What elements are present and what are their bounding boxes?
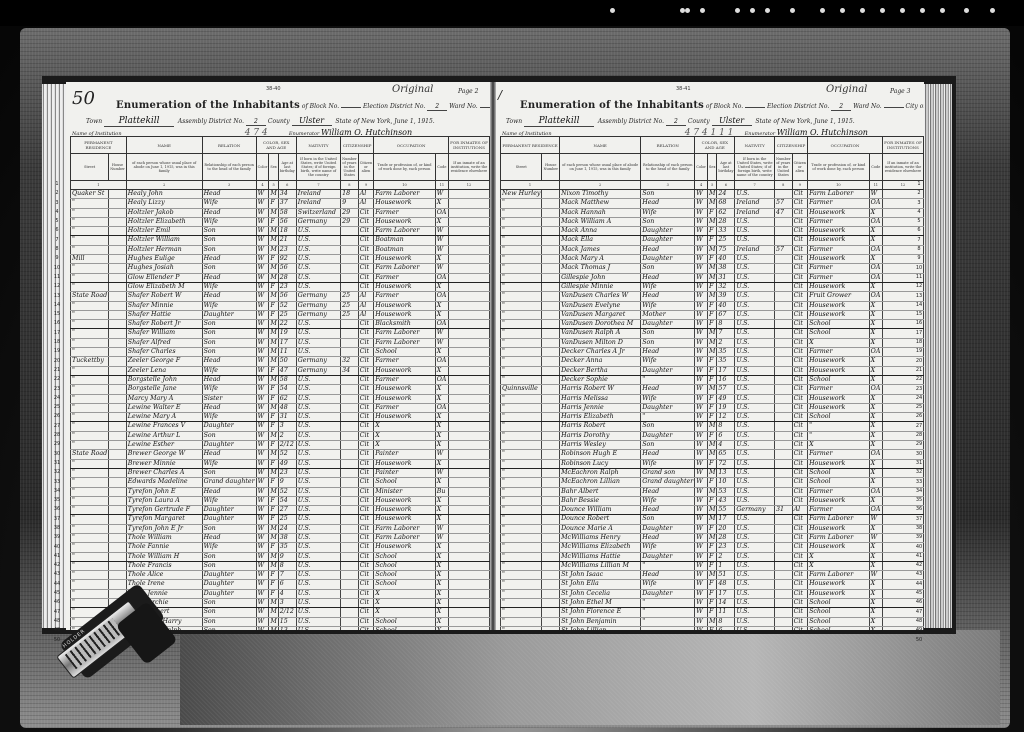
cell-code: X [869, 255, 882, 264]
cell-occupation: Farm Laborer [374, 524, 435, 533]
cell-blank [449, 413, 490, 422]
census-row: "St John Ethel M"WF14U.S.CitSchoolX [501, 599, 924, 608]
cell-occupation: " [808, 422, 870, 431]
census-row: "Lewine Frances VDaughterWF3U.S.CitXX [71, 422, 490, 431]
cell-occupation: Housework [808, 236, 870, 245]
cell-age: 22 [278, 320, 296, 329]
cell-blank [109, 255, 127, 264]
cell-cit: Al [358, 301, 374, 310]
cell-age: 4 [717, 441, 735, 450]
cell-blank [542, 217, 560, 226]
census-row: "VanDusen Dorothea MDaughterWF8U.S.CitSc… [501, 320, 924, 329]
cell-street: " [501, 199, 542, 208]
cell-cit: Cit [792, 394, 808, 403]
census-row: "Lewine Arthur LSonWM2U.S.CitXX [71, 431, 490, 440]
cell-name: VanDusen Dorothea M [560, 320, 641, 329]
census-row: "Tyrefon John E JrSonWM24U.S.CitFarm Lab… [71, 524, 490, 533]
cell-code: X [869, 301, 882, 310]
cell-age: 56 [278, 217, 296, 226]
cell-color: W [695, 273, 708, 282]
line-number: 48 [50, 617, 64, 626]
cell-blank [449, 468, 490, 477]
cell-color: W [695, 375, 708, 384]
cell-street: State Road [71, 292, 109, 301]
line-number: 28 [912, 431, 926, 440]
cell-blank [109, 450, 127, 459]
cell-sex: F [269, 506, 278, 515]
film-sprocket-strip [0, 0, 1024, 26]
cell-sex: F [707, 282, 716, 291]
cell-street: " [71, 459, 109, 468]
census-row: Quaker StHealy JohnHeadWM34Ireland18AlFa… [71, 190, 490, 199]
cell-color: W [256, 487, 269, 496]
line-number: 4 [50, 208, 64, 217]
cell-occupation: X [808, 338, 870, 347]
sheet-number: 50 [72, 88, 95, 109]
cell-color: W [695, 366, 708, 375]
cell-occupation: Farmer [374, 357, 435, 366]
cell-code: X [869, 338, 882, 347]
cell-name: Lewine Esther [126, 441, 202, 450]
cell-blank [449, 561, 490, 570]
cell-years [774, 431, 792, 440]
cell-sex: F [707, 375, 716, 384]
cell-street: New Hurley [501, 190, 542, 199]
cell-age: 58 [278, 375, 296, 384]
cell-cit: Cit [358, 208, 374, 217]
cell-blank [542, 459, 560, 468]
cell-age: 56 [278, 264, 296, 273]
census-row: "St John Benjamin"WM8U.S.CitSchoolX [501, 617, 924, 626]
cell-code: OA [869, 273, 882, 282]
cell-code: X [869, 617, 882, 626]
cell-sex: F [269, 366, 278, 375]
cell-years [774, 190, 792, 199]
cell-name: Shafer Alfred [126, 338, 202, 347]
cell-relation: Head [641, 199, 695, 208]
cell-color: W [256, 301, 269, 310]
cell-color: W [256, 533, 269, 542]
cell-name: Edwards Madeline [126, 478, 202, 487]
line-number: 1 [50, 180, 64, 189]
cell-name: Thole William [126, 533, 202, 542]
column-sub-header: Street [71, 154, 109, 181]
cell-cit: Cit [358, 561, 374, 570]
line-number: 16 [912, 319, 926, 328]
cell-name: St John Florence E [560, 608, 641, 617]
cell-nativity: U.S. [296, 450, 340, 459]
line-number: 38 [50, 524, 64, 533]
cell-years [341, 478, 359, 487]
cell-age: 19 [717, 403, 735, 412]
cell-relation: Grand son [641, 468, 695, 477]
column-sub-header: Sex [269, 154, 278, 181]
cell-age: 49 [278, 459, 296, 468]
cell-code: X [869, 580, 882, 589]
cell-nativity: U.S. [296, 431, 340, 440]
cell-occupation: Farm Laborer [374, 264, 435, 273]
cell-street: " [501, 338, 542, 347]
cell-code: X [869, 599, 882, 608]
cell-blank [109, 190, 127, 199]
cell-cit: Cit [358, 580, 374, 589]
cell-years [774, 301, 792, 310]
cell-code: X [435, 282, 448, 291]
cell-sex: M [707, 217, 716, 226]
cell-name: Hughes Eulige [126, 255, 202, 264]
cell-occupation: Housework [374, 255, 435, 264]
cell-age: 12 [717, 413, 735, 422]
cell-street: " [71, 533, 109, 542]
cell-cit: Cit [792, 217, 808, 226]
cell-color: W [695, 357, 708, 366]
cell-relation: Wife [641, 301, 695, 310]
cell-color: W [256, 608, 269, 617]
cell-name: Harris Elizabeth [560, 413, 641, 422]
cell-color: W [695, 441, 708, 450]
cell-name: Mack Anna [560, 227, 641, 236]
cell-sex: F [269, 310, 278, 319]
cell-sex: M [707, 199, 716, 208]
census-row: "Decker BerthaDaughterWF17U.S.CitHousewo… [501, 366, 924, 375]
cell-nativity: U.S. [296, 533, 340, 542]
cell-occupation: Housework [808, 208, 870, 217]
cell-sex: M [269, 626, 278, 630]
cell-years [774, 422, 792, 431]
cell-blank [449, 478, 490, 487]
cell-blank [449, 450, 490, 459]
cell-relation: Head [202, 533, 256, 542]
cell-sex: F [707, 301, 716, 310]
cell-code: X [435, 496, 448, 505]
cell-color: W [256, 413, 269, 422]
cell-code: X [869, 208, 882, 217]
cell-blank [449, 394, 490, 403]
cell-color: W [695, 450, 708, 459]
cell-name: VanDusen Milton D [560, 338, 641, 347]
cell-street: " [501, 533, 542, 542]
cell-relation: Son [641, 217, 695, 226]
census-row: "Tyrefon Gertrude FDaughterWF27U.S.CitHo… [71, 506, 490, 515]
cell-years [341, 264, 359, 273]
cell-cit: Cit [792, 543, 808, 552]
cell-code: X [869, 282, 882, 291]
cell-blank [449, 375, 490, 384]
cell-cit: Cit [792, 338, 808, 347]
cell-sex: M [269, 329, 278, 338]
cell-sex: M [269, 357, 278, 366]
column-number: 8 [341, 181, 359, 190]
cell-years [774, 617, 792, 626]
cell-code: W [435, 236, 448, 245]
cell-nativity: U.S. [735, 515, 775, 524]
cell-age: 11 [278, 348, 296, 357]
census-row: "Shafer WilliamSonWM19U.S.CitFarm Labore… [71, 329, 490, 338]
cell-sex: F [707, 626, 716, 630]
cell-sex: F [269, 580, 278, 589]
cell-sex: M [707, 329, 716, 338]
census-row: "Borgstelle JaneWifeWF54U.S.CitHousework… [71, 385, 490, 394]
line-number: 10 [50, 264, 64, 273]
cell-blank [542, 589, 560, 598]
column-sub-header: If an inmate of an institution, write th… [449, 154, 490, 181]
cell-color: W [695, 264, 708, 273]
cell-age: 48 [278, 403, 296, 412]
cell-occupation: Housework [374, 543, 435, 552]
cell-color: W [256, 208, 269, 217]
cell-occupation: Farm Laborer [374, 227, 435, 236]
cell-cit: Cit [358, 394, 374, 403]
cell-nativity: U.S. [296, 459, 340, 468]
right-census-table: PERMANENT RESIDENCENAMERELATIONCOLOR, SE… [500, 136, 924, 630]
cell-relation: Head [202, 208, 256, 217]
column-number: 5 [269, 181, 278, 190]
cell-occupation: Housework [808, 524, 870, 533]
cell-name: Thole William H [126, 552, 202, 561]
line-number: 14 [50, 301, 64, 310]
cell-street: " [501, 496, 542, 505]
cell-color: W [695, 329, 708, 338]
cell-name: Shafer William [126, 329, 202, 338]
cell-years: 57 [774, 199, 792, 208]
line-number: 43 [912, 570, 926, 579]
cell-age: 6 [717, 626, 735, 630]
cell-age: 25 [278, 515, 296, 524]
cell-sex: M [269, 552, 278, 561]
cell-years: 47 [774, 208, 792, 217]
cell-street: " [71, 580, 109, 589]
cell-street: " [501, 301, 542, 310]
cell-name: Zeeler Lena [126, 366, 202, 375]
cell-years [774, 496, 792, 505]
census-row: "Mack Mary ADaughterWF40U.S.CitHousework… [501, 255, 924, 264]
cell-age: 25 [278, 310, 296, 319]
cell-street: " [71, 217, 109, 226]
cell-sex: F [707, 403, 716, 412]
cell-occupation: Fruit Grower [808, 292, 870, 301]
cell-nativity: U.S. [735, 552, 775, 561]
cell-street: " [71, 515, 109, 524]
cell-color: W [695, 236, 708, 245]
cell-age: 33 [717, 227, 735, 236]
column-number: 9 [358, 181, 374, 190]
cell-cit: Cit [792, 533, 808, 542]
cell-age: 51 [717, 571, 735, 580]
cell-years [341, 320, 359, 329]
cell-relation: Head [202, 292, 256, 301]
census-row: "Shafer HattieDaughterWF25Germany25AlHou… [71, 310, 490, 319]
cell-color: W [256, 320, 269, 329]
cell-age: 68 [717, 199, 735, 208]
census-row: "St John EllaWifeWF48U.S.CitHouseworkX [501, 580, 924, 589]
cell-occupation: Housework [808, 282, 870, 291]
cell-blank [542, 552, 560, 561]
line-number: 15 [50, 310, 64, 319]
cell-color: W [256, 375, 269, 384]
cell-color: W [256, 543, 269, 552]
cell-street: " [501, 413, 542, 422]
cell-occupation: X [374, 422, 435, 431]
cell-code: W [869, 571, 882, 580]
cell-code: X [869, 524, 882, 533]
cell-age: 52 [278, 301, 296, 310]
cell-sex: F [707, 552, 716, 561]
cell-relation: Wife [641, 357, 695, 366]
cell-nativity: U.S. [296, 264, 340, 273]
cell-nativity: U.S. [735, 329, 775, 338]
cell-nativity: U.S. [735, 310, 775, 319]
cell-sex: F [707, 236, 716, 245]
cell-street: " [71, 282, 109, 291]
column-group-header: NATIVITY [296, 137, 340, 154]
cell-code: X [869, 310, 882, 319]
cell-occupation: Housework [808, 459, 870, 468]
cell-nativity: U.S. [296, 524, 340, 533]
cell-occupation: Farm Laborer [374, 190, 435, 199]
town: Plattekill [104, 116, 174, 127]
cell-occupation: Housework [374, 496, 435, 505]
cell-nativity: U.S. [735, 626, 775, 630]
column-sub-header: Color [256, 154, 269, 181]
cell-years [774, 543, 792, 552]
cell-occupation: Painter [374, 450, 435, 459]
line-number: 5 [912, 217, 926, 226]
line-number: 45 [50, 589, 64, 598]
cell-cit: Cit [792, 524, 808, 533]
cell-color: W [695, 227, 708, 236]
line-number: 7 [50, 236, 64, 245]
cell-age: 54 [278, 385, 296, 394]
cell-nativity: U.S. [735, 441, 775, 450]
cell-code: X [869, 478, 882, 487]
cell-years [774, 608, 792, 617]
cell-code: OA [869, 199, 882, 208]
cell-name: Bahr Bessie [560, 496, 641, 505]
cell-street: " [501, 310, 542, 319]
cell-blank [542, 236, 560, 245]
cell-name: Holtzler Jakob [126, 208, 202, 217]
cell-nativity: U.S. [735, 468, 775, 477]
film-sprocket-hole [900, 8, 905, 13]
cell-relation: Son [202, 348, 256, 357]
cell-street: " [71, 413, 109, 422]
line-number: 21 [912, 366, 926, 375]
cell-blank [109, 329, 127, 338]
cell-street: " [71, 320, 109, 329]
cell-age: 23 [717, 543, 735, 552]
cell-code: W [435, 227, 448, 236]
cell-code: W [435, 524, 448, 533]
line-number: 46 [50, 598, 64, 607]
cell-age: 13 [278, 626, 296, 630]
census-row: "Glow Elizabeth MWifeWF23U.S.CitHousewor… [71, 282, 490, 291]
cell-street: " [501, 236, 542, 245]
cell-blank [449, 348, 490, 357]
cell-cit: Cit [792, 385, 808, 394]
cell-name: St John Benjamin [560, 617, 641, 626]
cell-code: OA [435, 292, 448, 301]
cell-occupation: Housework [808, 301, 870, 310]
cell-nativity: U.S. [296, 589, 340, 598]
cell-street: " [501, 450, 542, 459]
cell-age: 35 [717, 357, 735, 366]
film-sprocket-hole [610, 8, 615, 13]
cell-street: " [501, 273, 542, 282]
cell-relation: Son [202, 561, 256, 570]
cell-color: W [695, 245, 708, 254]
cell-sex: M [707, 264, 716, 273]
cell-code: W [869, 190, 882, 199]
cell-cit: Cit [792, 450, 808, 459]
assembly-district: 2 [246, 118, 266, 126]
cell-occupation: Housework [808, 227, 870, 236]
cell-cit: Cit [792, 245, 808, 254]
cell-age: 14 [717, 599, 735, 608]
cell-color: W [256, 403, 269, 412]
cell-years [774, 478, 792, 487]
cell-sex: M [269, 236, 278, 245]
cell-code: OA [435, 375, 448, 384]
census-row: "Harris DorothyDaughterWF6U.S.Cit"X [501, 431, 924, 440]
cell-blank [542, 524, 560, 533]
cell-nativity: U.S. [296, 394, 340, 403]
cell-age: 1 [717, 561, 735, 570]
cell-blank [542, 431, 560, 440]
cell-color: W [695, 506, 708, 515]
cell-cit: Cit [358, 450, 374, 459]
census-row: "Holtzler EmilSonWM18U.S.CitFarm Laborer… [71, 227, 490, 236]
cell-nativity: U.S. [735, 394, 775, 403]
cell-color: W [695, 589, 708, 598]
cell-sex: M [269, 468, 278, 477]
cell-years [774, 626, 792, 630]
cell-occupation: Farmer [808, 199, 870, 208]
cell-blank [542, 385, 560, 394]
cell-color: W [695, 413, 708, 422]
cell-blank [542, 506, 560, 515]
cell-code: X [869, 403, 882, 412]
cell-code: Bu [435, 487, 448, 496]
cell-color: W [695, 478, 708, 487]
cell-sex: M [707, 422, 716, 431]
cell-age: 50 [278, 357, 296, 366]
cell-cit: Cit [792, 431, 808, 440]
column-number: 3 [202, 181, 256, 190]
cell-blank [449, 338, 490, 347]
cell-relation: Daughter [202, 580, 256, 589]
cell-code: W [435, 264, 448, 273]
column-number: 6 [278, 181, 296, 190]
cell-blank [109, 375, 127, 384]
cell-cit: Cit [358, 552, 374, 561]
cell-sex: F [707, 394, 716, 403]
cell-sex: M [707, 338, 716, 347]
film-sprocket-hole [790, 8, 795, 13]
column-sub-header: of each person whose usual place of abod… [126, 154, 202, 181]
census-row: "Holtzler ElizabethWifeWF56Germany29CitH… [71, 217, 490, 226]
cell-relation: Son [641, 190, 695, 199]
cell-age: 48 [717, 580, 735, 589]
cell-years [774, 227, 792, 236]
line-number: 26 [50, 412, 64, 421]
cell-years [774, 255, 792, 264]
cell-code: X [869, 589, 882, 598]
cell-street: " [71, 310, 109, 319]
cell-sex: F [707, 357, 716, 366]
cell-nativity: Germany [296, 310, 340, 319]
cell-blank [109, 441, 127, 450]
cell-cit: Cit [358, 366, 374, 375]
